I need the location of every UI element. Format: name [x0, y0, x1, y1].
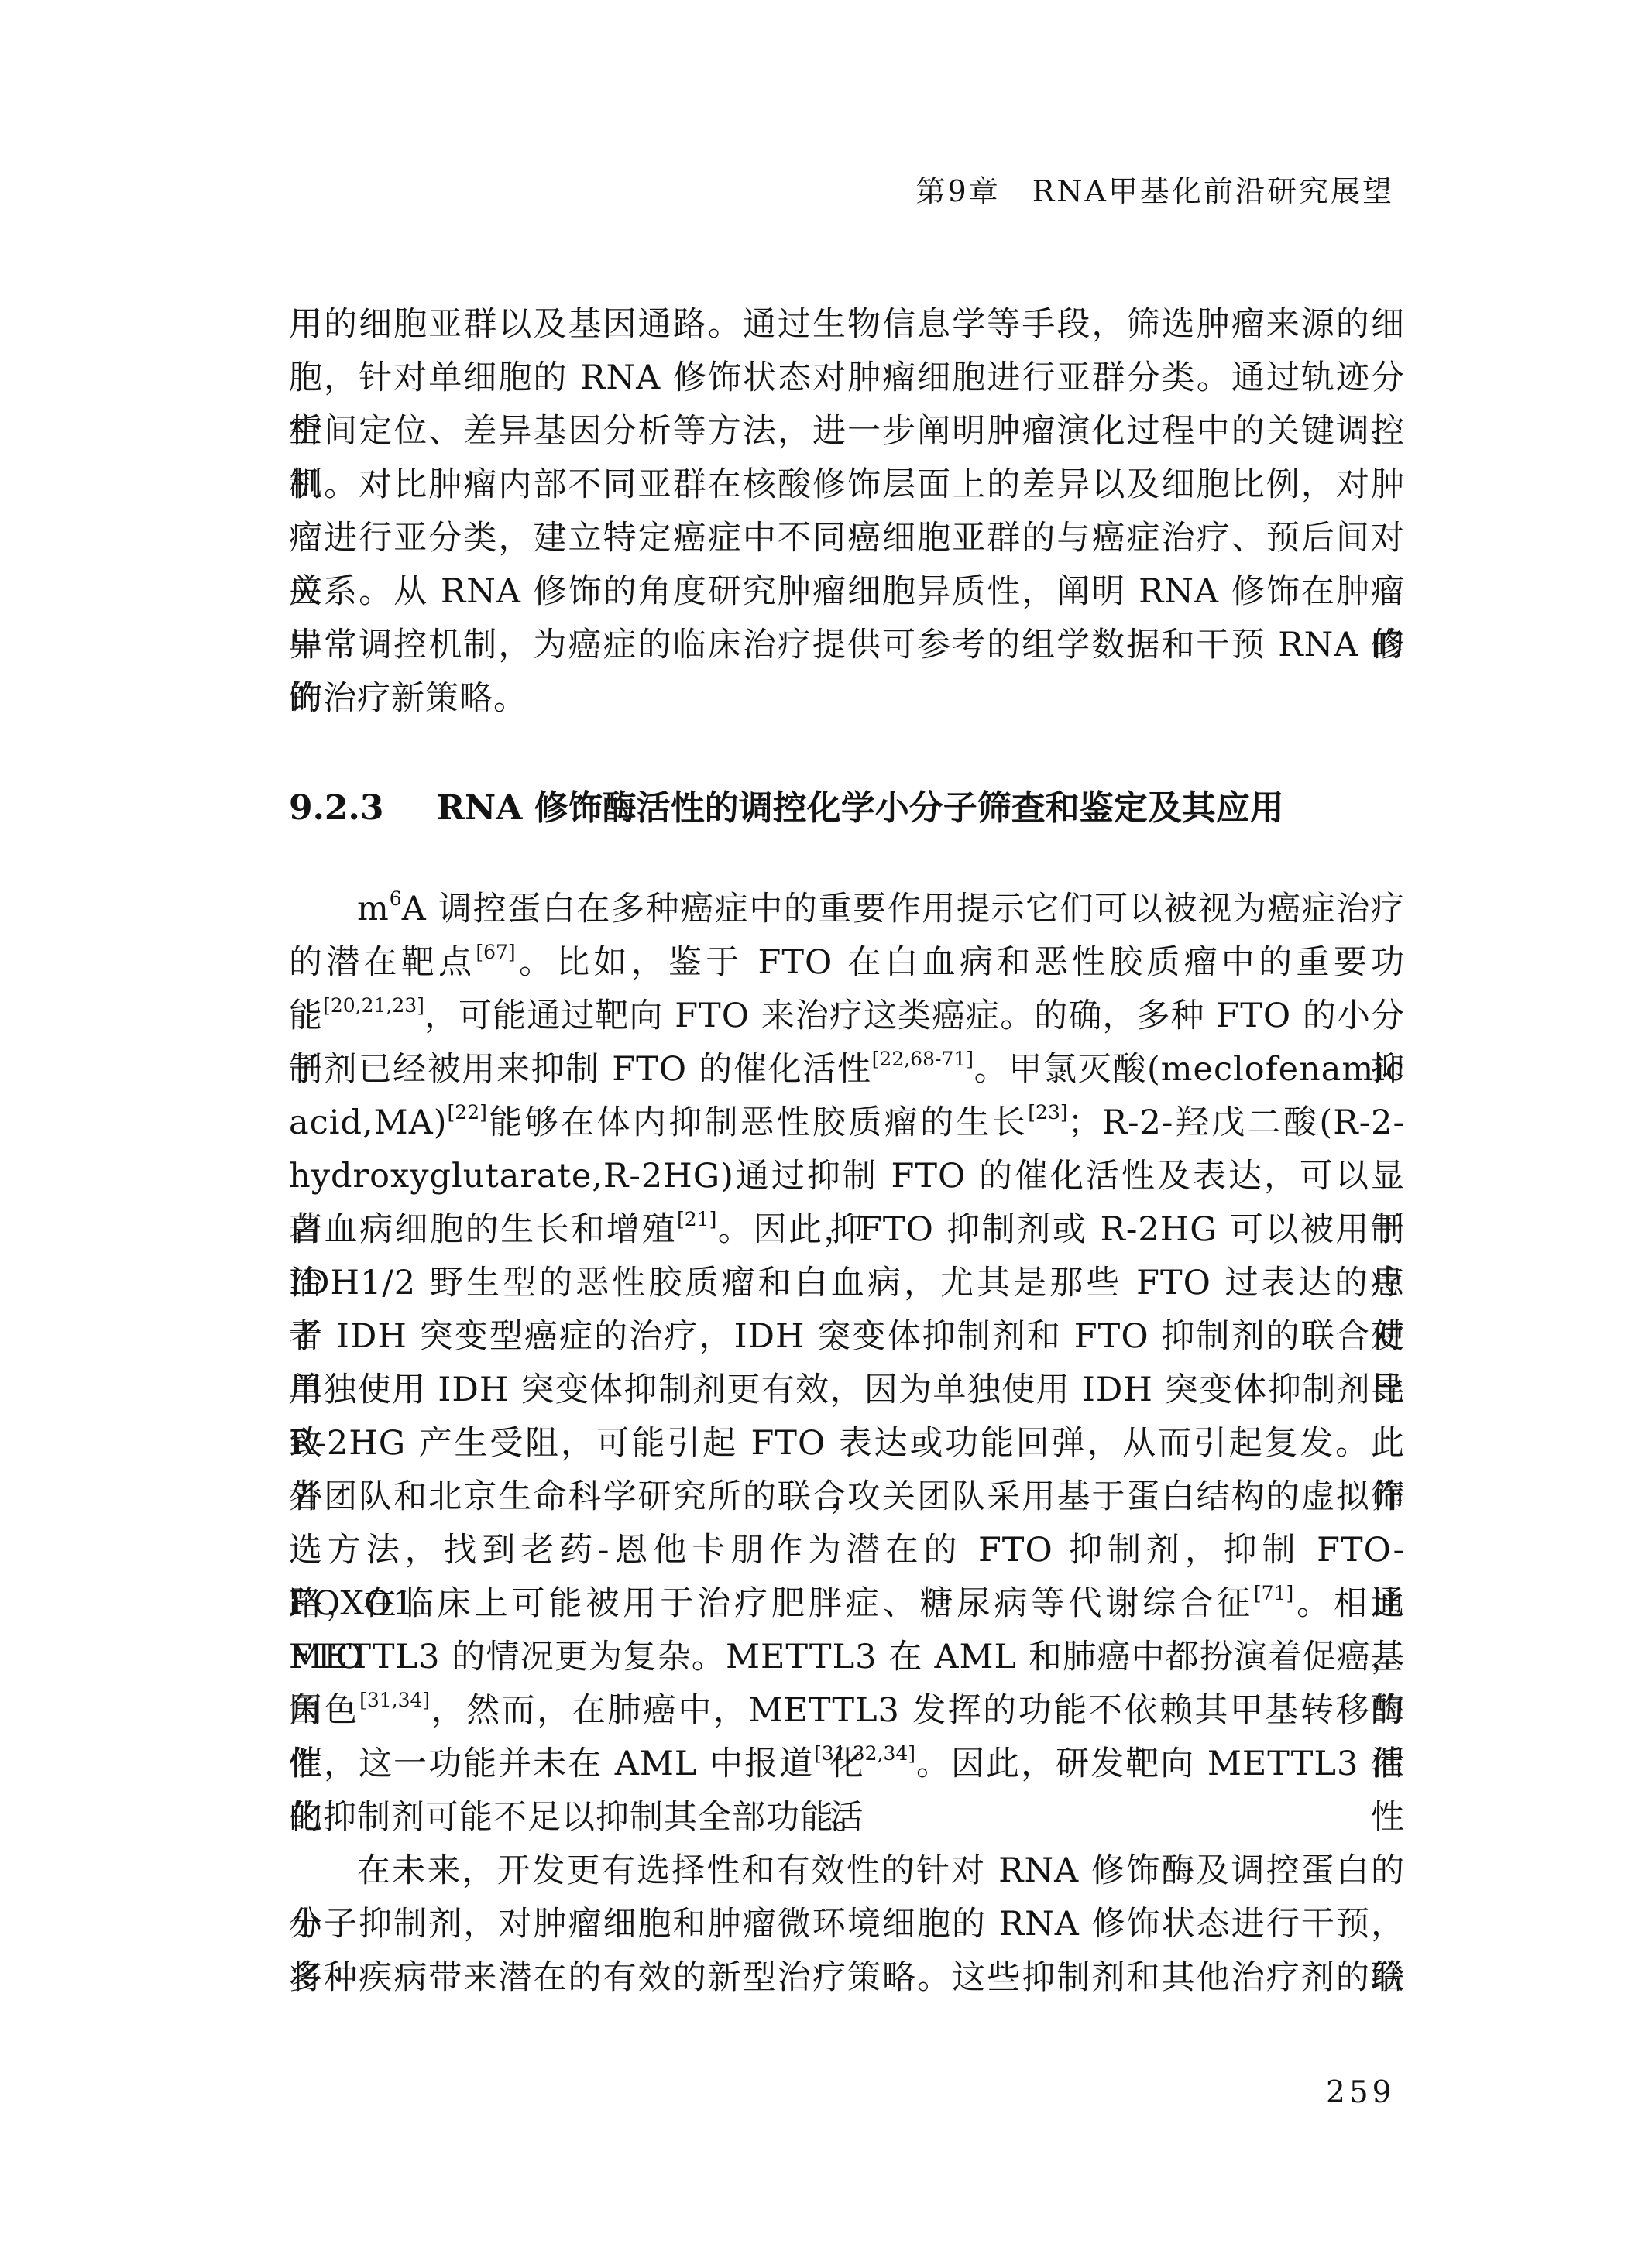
page-number: 259 — [1326, 2075, 1395, 2110]
text-line: 能[20,21,23]，可能通过靶向 FTO 来治疗这类癌症。的确，多种 FTO… — [289, 990, 1405, 1043]
text-line: 用的细胞亚群以及基因通路。通过生物信息学等手段，筛选肿瘤来源的细 — [289, 298, 1405, 352]
text-line: 制。对比肿瘤内部不同亚群在核酸修饰层面上的差异以及细胞比例，对肿 — [289, 458, 1405, 512]
reference-superscript: [22] — [448, 1101, 487, 1124]
reference-superscript: [71] — [1254, 1582, 1293, 1604]
reference-superscript: [67] — [476, 941, 515, 963]
text-line: 单独使用 IDH 突变体抑制剂更有效，因为单独使用 IDH 突变体抑制剂导致 — [289, 1364, 1405, 1417]
text-line: m6A 调控蛋白在多种癌症中的重要作用提示它们可以被视为癌症治疗 — [289, 883, 1405, 936]
text-line: IDH1/2 野生型的恶性胶质瘤和白血病，尤其是那些 FTO 过表达的患者。对 — [289, 1257, 1405, 1310]
reference-superscript: [21] — [677, 1208, 716, 1230]
reference-superscript: [20,21,23] — [323, 994, 424, 1017]
text-line: acid,MA)[22]能够在体内抑制恶性胶质瘤的生长[23]；R-2-羟戊二酸… — [289, 1096, 1405, 1150]
paragraph: 用的细胞亚群以及基因通路。通过生物信息学等手段，筛选肿瘤来源的细胞，针对单细胞的… — [289, 298, 1405, 726]
text-line: 的治疗新策略。 — [289, 672, 1405, 726]
text-line: hydroxyglutarate,R-2HG)通过抑制 FTO 的催化活性及表达… — [289, 1150, 1405, 1203]
text-line: 白血病细胞的生长和增殖[21]。因此，FTO 抑制剂或 R-2HG 可以被用于治… — [289, 1203, 1405, 1257]
text-line: 异常调控机制，为癌症的临床治疗提供可参考的组学数据和干预 RNA 修饰 — [289, 619, 1405, 672]
section-heading: 9.2.3RNA 修饰酶活性的调控化学小分子筛查和鉴定及其应用 — [289, 781, 1405, 835]
text-line: 多种疾病带来潜在的有效的新型治疗策略。这些抑制剂和其他治疗剂的联 — [289, 1951, 1405, 2005]
text-line: 空间定位、差异基因分析等方法，进一步阐明肿瘤演化过程中的关键调控机 — [289, 405, 1405, 458]
text-line: 瘤进行亚分类，建立特定癌症中不同癌细胞亚群的与癌症治疗、预后间对应 — [289, 512, 1405, 565]
reference-superscript: 6 — [390, 887, 402, 910]
page-body: 用的细胞亚群以及基因通路。通过生物信息学等手段，筛选肿瘤来源的细胞，针对单细胞的… — [289, 298, 1405, 2005]
text-line: 关系。从 RNA 修饰的角度研究肿瘤细胞异质性，阐明 RNA 修饰在肿瘤中的 — [289, 565, 1405, 619]
text-line: 的潜在靶点[67]。比如，鉴于 FTO 在白血病和恶性胶质瘤中的重要功 — [289, 936, 1405, 990]
text-line: 性，这一功能并未在 AML 中报道[31,32,34]。因此，研发靶向 METT… — [289, 1738, 1405, 1791]
text-line: 制剂已经被用来抑制 FTO 的催化活性[22,68-71]。甲氯灭酸(meclo… — [289, 1043, 1405, 1096]
text-line: 选方法，找到老药-恩他卡朋作为潜在的 FTO 抑制剂，抑制 FTO-FOXO1 … — [289, 1524, 1405, 1577]
text-line: 角色[31,34]，然而，在肺癌中，METTL3 发挥的功能不依赖其甲基转移酶催… — [289, 1684, 1405, 1738]
text-line: 胞，针对单细胞的 RNA 修饰状态对肿瘤细胞进行亚群分类。通过轨迹分析、 — [289, 352, 1405, 405]
paragraph: 在未来，开发更有选择性和有效性的针对 RNA 修饰酶及调控蛋白的小分子抑制剂，对… — [289, 1844, 1405, 2005]
section-number: 9.2.3 — [289, 788, 383, 828]
reference-superscript: [31,34] — [359, 1689, 430, 1711]
section-title: RNA 修饰酶活性的调控化学小分子筛查和鉴定及其应用 — [436, 788, 1283, 828]
text-line: 者团队和北京生命科学研究所的联合攻关团队采用基于蛋白结构的虚拟筛 — [289, 1470, 1405, 1524]
text-line: R-2HG 产生受阻，可能引起 FTO 表达或功能回弹，从而引起复发。此外，作 — [289, 1417, 1405, 1470]
text-line: 分子抑制剂，对肿瘤细胞和肿瘤微环境细胞的 RNA 修饰状态进行干预，将给 — [289, 1898, 1405, 1951]
reference-superscript: [22,68-71] — [872, 1048, 974, 1070]
running-header: 第9章 RNA甲基化前沿研究展望 — [0, 167, 1394, 210]
book-page: 第9章 RNA甲基化前沿研究展望 用的细胞亚群以及基因通路。通过生物信息学等手段… — [0, 0, 1628, 2268]
text-line: 路，在临床上可能被用于治疗肥胖症、糖尿病等代谢综合征[71]。相比 FTO， — [289, 1577, 1405, 1631]
reference-superscript: [23] — [1028, 1101, 1067, 1124]
reference-superscript: [31,32,34] — [814, 1742, 915, 1765]
text-line: METTL3 的情况更为复杂。METTL3 在 AML 和肺癌中都扮演着促癌基因… — [289, 1631, 1405, 1684]
text-line: 在未来，开发更有选择性和有效性的针对 RNA 修饰酶及调控蛋白的小 — [289, 1844, 1405, 1898]
text-line: 于 IDH 突变型癌症的治疗，IDH 突变体抑制剂和 FTO 抑制剂的联合使用比 — [289, 1310, 1405, 1364]
paragraph: m6A 调控蛋白在多种癌症中的重要作用提示它们可以被视为癌症治疗的潜在靶点[67… — [289, 883, 1405, 1844]
